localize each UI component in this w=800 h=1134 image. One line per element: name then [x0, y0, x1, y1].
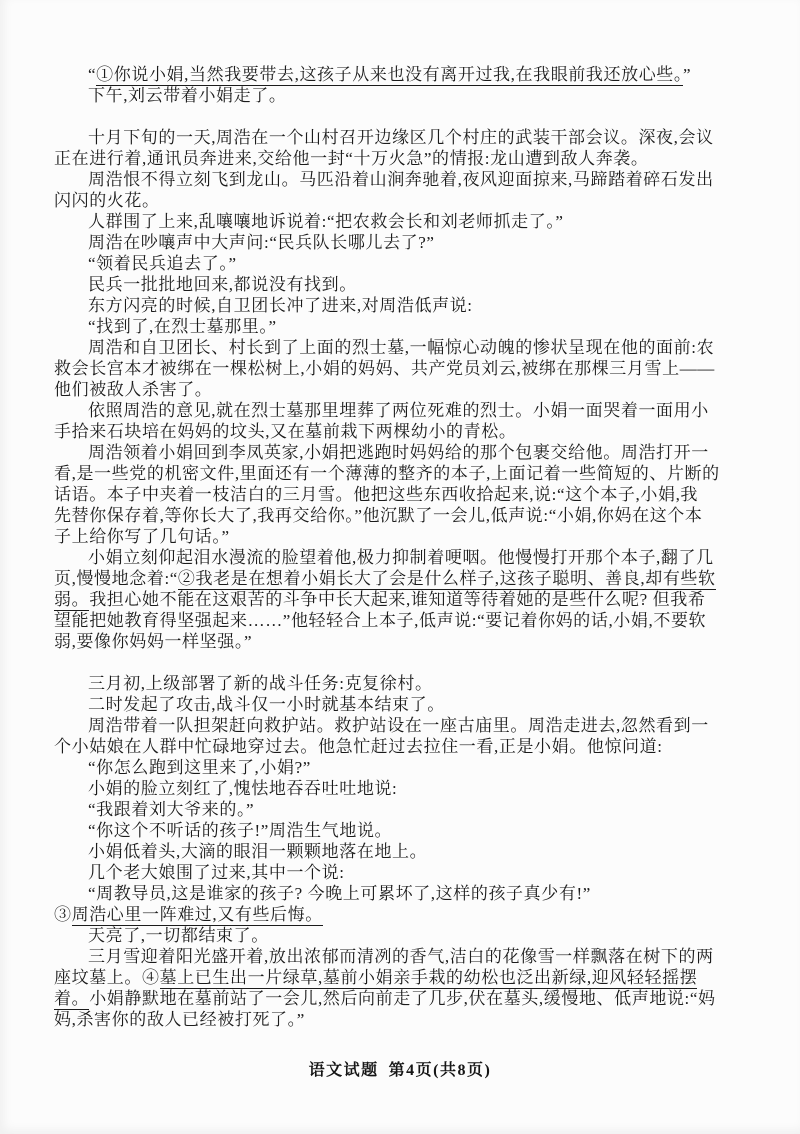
text-segment: 三月雪迎着阳光盛开着,放出浓郁而清冽的香气,洁白的花像雪一样飘落在树下的两	[88, 947, 714, 966]
underlined-text: 周浩心里一阵难过,又有些后悔。	[72, 905, 323, 926]
blank-line	[54, 652, 754, 673]
text-segment: “周教导员,这是谁家的孩子? 今晚上可累坏了,这样的孩子真少有!”	[88, 884, 591, 903]
text-segment: 闪闪的火花。	[54, 191, 160, 210]
text-segment: 周浩领着小娟回到李凤英家,小娟把逃跑时妈妈给的那个包裹交给他。周浩打开一	[88, 443, 709, 462]
footer-page-label: 第4页(共8页)	[389, 1062, 492, 1079]
passage-line: 依照周浩的意见,就在烈士墓那里埋葬了两位死难的烈士。小娟一面哭着一面用小	[54, 400, 754, 421]
passage-line: “找到了,在烈士墓那里。”	[54, 316, 754, 337]
passage-line: 十月下旬的一天,周浩在一个山村召开边缘区几个村庄的武装干部会议。深夜,会议	[54, 127, 754, 148]
passage-line: 妈,杀害你的敌人已经被打死了。”	[54, 1009, 754, 1030]
passage-line: 周浩和自卫团长、村长到了上面的烈士墓,一幅惊心动魄的惨状呈现在他的面前:农	[54, 337, 754, 358]
passage-line: “①你说小娟,当然我要带去,这孩子从来也没有离开过我,在我眼前我还放心些。”	[54, 64, 754, 85]
blank-line	[54, 106, 754, 127]
text-segment: “我跟着刘大爷来的。”	[88, 800, 254, 819]
passage-line: 望能把她教育得坚强起来……”他轻轻合上本子,低声说:“要记着你妈的话,小娟,不要…	[54, 610, 754, 631]
passage-line: 救会长宫本才被绑在一棵松树上,小娟的妈妈、共产党员刘云,被绑在那棵三月雪上——	[54, 358, 754, 379]
passage-line: 三月雪迎着阳光盛开着,放出浓郁而清冽的香气,洁白的花像雪一样飘落在树下的两	[54, 946, 754, 967]
text-segment: 三月初,上级部署了新的战斗任务:克复徐村。	[88, 674, 433, 693]
text-segment: “你这个不听话的孩子!”周浩生气地说。	[88, 821, 392, 840]
passage-line: 周浩在吵嚷声中大声问:“民兵队长哪儿去了?”	[54, 232, 754, 253]
text-segment: 周浩恨不得立刻飞到龙山。马匹沿着山涧奔驰着,夜风迎面掠来,马蹄踏着碎石发出	[88, 170, 714, 189]
passage-line: 话语。本子中夹着一枝洁白的三月雪。他把这些东西收拾起来,说:“这个本子,小娟,我	[54, 484, 754, 505]
passage-line: “我跟着刘大爷来的。”	[54, 799, 754, 820]
passage-line: 人群围了上来,乱嚷嚷地诉说着:“把农救会长和刘老师抓走了。”	[54, 211, 754, 232]
text-segment: 话语。本子中夹着一枝洁白的三月雪。他把这些东西收拾起来,说:“这个本子,小娟,我	[54, 485, 698, 504]
passage-line: 小娟低着头,大滴的眼泪一颗颗地落在地上。	[54, 841, 754, 862]
text-segment: 依照周浩的意见,就在烈士墓那里埋葬了两位死难的烈士。小娟一面哭着一面用小	[88, 401, 709, 420]
text-segment: 小娟静默地在墓前站了一会儿,然后向前走了几步,伏在墓头,缓慢地、低声地说:“妈	[89, 989, 715, 1008]
text-segment: 民兵一批批地回来,都说没有找到。	[88, 275, 357, 294]
passage-line: 个小姑娘在人群中忙碌地穿过去。他急忙赶过去拉住一看,正是小娟。他惊问道:	[54, 736, 754, 757]
text-segment: 望能把她教育得坚强起来……”他轻轻合上本子,低声说:“要记着你妈的话,小娟,不要…	[54, 611, 706, 630]
exam-page: “①你说小娟,当然我要带去,这孩子从来也没有离开过我,在我眼前我还放心些。”下午…	[0, 0, 800, 1134]
text-segment: 座坟墓上。④	[54, 968, 160, 987]
text-segment: 周浩在吵嚷声中大声问:“民兵队长哪儿去了?”	[88, 233, 435, 252]
passage-line: 页,慢慢地念着:“②我老是在想着小娟长大了会是什么样子,这孩子聪明、善良,却有些…	[54, 568, 754, 589]
text-segment: “你怎么跑到这里来了,小娟?”	[88, 758, 311, 777]
text-segment: 几个老大娘围了过来,其中一个说:	[88, 863, 345, 882]
passage-line: 小娟立刻仰起泪水漫流的脸望着他,极力抑制着哽咽。他慢慢打开那个本子,翻了几	[54, 547, 754, 568]
passage-line: 二时发起了攻击,战斗仅一小时就基本结束了。	[54, 694, 754, 715]
text-segment: 救会长宫本才被绑在一棵松树上,小娟的妈妈、共产党员刘云,被绑在那棵三月雪上——	[54, 359, 715, 378]
text-segment: 页,慢慢地念着:“	[54, 569, 178, 588]
passage-line: 周浩带着一队担架赶向救护站。救护站设在一座古庙里。周浩走进去,忽然看到一	[54, 715, 754, 736]
passage-line: “你怎么跑到这里来了,小娟?”	[54, 757, 754, 778]
passage-line: 天亮了,一切都结束了。	[54, 925, 754, 946]
passage-line: “你这个不听话的孩子!”周浩生气地说。	[54, 820, 754, 841]
text-segment: 我担心她不能在这艰苦的斗争中长大起来,谁知道等待着她的是些什么呢? 但我希	[89, 590, 705, 609]
passage-line: 小娟的脸立刻红了,愧怯地吞吞吐吐地说:	[54, 778, 754, 799]
underlined-text: 着。	[54, 989, 89, 1010]
text-segment: 先替你保存着,等你长大了,我再交给你。”他沉默了一会儿,低声说:“小娟,你妈在这…	[54, 506, 703, 525]
passage-line: 着。小娟静默地在墓前站了一会儿,然后向前走了几步,伏在墓头,缓慢地、低声地说:“…	[54, 988, 754, 1009]
text-segment: 周浩带着一队担架赶向救护站。救护站设在一座古庙里。周浩走进去,忽然看到一	[88, 716, 709, 735]
page-footer: 语文试题第4页(共8页)	[0, 1060, 800, 1082]
text-segment: “找到了,在烈士墓那里。”	[88, 317, 277, 336]
text-segment: 小娟的脸立刻红了,愧怯地吞吞吐吐地说:	[88, 779, 397, 798]
passage-line: 周浩领着小娟回到李凤英家,小娟把逃跑时妈妈给的那个包裹交给他。周浩打开一	[54, 442, 754, 463]
text-segment: 个小姑娘在人群中忙碌地穿过去。他急忙赶过去拉住一看,正是小娟。他惊问道:	[54, 737, 663, 756]
text-segment: 正在进行着,通讯员奔进来,交给他一封“十万火急”的情报:龙山遭到敌人奔袭。	[54, 149, 649, 168]
passage-line: 周浩恨不得立刻飞到龙山。马匹沿着山涧奔驰着,夜风迎面掠来,马蹄踏着碎石发出	[54, 169, 754, 190]
text-segment: 十月下旬的一天,周浩在一个山村召开边缘区几个村庄的武装干部会议。深夜,会议	[88, 128, 714, 147]
text-segment: 下午,刘云带着小娟走了。	[88, 86, 286, 105]
text-segment: 小娟立刻仰起泪水漫流的脸望着他,极力抑制着哽咽。他慢慢打开那个本子,翻了几	[88, 548, 714, 567]
text-segment: 周浩和自卫团长、村长到了上面的烈士墓,一幅惊心动魄的惨状呈现在他的面前:农	[88, 338, 714, 357]
text-segment: 他们被敌人杀害了。	[54, 380, 212, 399]
text-segment: “	[88, 65, 96, 84]
passage-line: 座坟墓上。④墓上已生出一片绿草,墓前小娟亲手栽的幼松也泛出新绿,迎风轻轻摇摆	[54, 967, 754, 988]
passage-line: 三月初,上级部署了新的战斗任务:克复徐村。	[54, 673, 754, 694]
text-segment: 看,是一些党的机密文件,里面还有一个薄薄的整齐的本子,上面记着一些简短的、片断的	[54, 464, 720, 483]
passage-line: 弱,要像你妈妈一样坚强。”	[54, 631, 754, 652]
text-segment: 手拾来石块培在妈妈的坟头,又在墓前栽下两棵幼小的青松。	[54, 422, 516, 441]
text-segment: 人群围了上来,乱嚷嚷地诉说着:“把农救会长和刘老师抓走了。”	[88, 212, 564, 231]
text-segment: “领着民兵追去了。”	[88, 254, 237, 273]
text-segment: 子上给你写了几句话。”	[54, 527, 230, 546]
passage-line: 弱。我担心她不能在这艰苦的斗争中长大起来,谁知道等待着她的是些什么呢? 但我希	[54, 589, 754, 610]
text-segment: ”	[683, 65, 691, 84]
passage-line: 手拾来石块培在妈妈的坟头,又在墓前栽下两棵幼小的青松。	[54, 421, 754, 442]
underlined-text: ②我老是在想着小娟长大了会是什么样子,这孩子聪明、善良,却有些软	[178, 569, 716, 590]
passage-line: 看,是一些党的机密文件,里面还有一个薄薄的整齐的本子,上面记着一些简短的、片断的	[54, 463, 754, 484]
passage-line: 子上给你写了几句话。”	[54, 526, 754, 547]
passage-line: 先替你保存着,等你长大了,我再交给你。”他沉默了一会儿,低声说:“小娟,你妈在这…	[54, 505, 754, 526]
text-segment: 天亮了,一切都结束了。	[88, 926, 269, 945]
passage-line: 正在进行着,通讯员奔进来,交给他一封“十万火急”的情报:龙山遭到敌人奔袭。	[54, 148, 754, 169]
underlined-text: ①你说小娟,当然我要带去,这孩子从来也没有离开过我,在我眼前我还放心些。	[96, 65, 683, 86]
passage-line: “领着民兵追去了。”	[54, 253, 754, 274]
underlined-text: 墓上已生出一片绿草,墓前小娟亲手栽的幼松也泛出新绿,迎风轻轻摇摆	[160, 968, 698, 989]
passage-line: 他们被敌人杀害了。	[54, 379, 754, 400]
text-segment: 东方闪亮的时候,自卫团长冲了进来,对周浩低声说:	[88, 296, 473, 315]
passage-line: 民兵一批批地回来,都说没有找到。	[54, 274, 754, 295]
passage-line: 几个老大娘围了过来,其中一个说:	[54, 862, 754, 883]
passage-line: ③周浩心里一阵难过,又有些后悔。	[54, 904, 754, 925]
text-segment: 弱,要像你妈妈一样坚强。”	[54, 632, 252, 651]
text-segment: 二时发起了攻击,战斗仅一小时就基本结束了。	[88, 695, 445, 714]
underlined-text: 弱。	[54, 590, 89, 611]
text-segment: ③	[54, 905, 72, 924]
passage-line: “周教导员,这是谁家的孩子? 今晚上可累坏了,这样的孩子真少有!”	[54, 883, 754, 904]
text-segment: 小娟低着头,大滴的眼泪一颗颗地落在地上。	[88, 842, 427, 861]
passage: “①你说小娟,当然我要带去,这孩子从来也没有离开过我,在我眼前我还放心些。”下午…	[54, 64, 754, 1030]
footer-doc-label: 语文试题	[309, 1062, 379, 1079]
text-segment: 妈,杀害你的敌人已经被打死了。”	[54, 1010, 305, 1029]
passage-line: 闪闪的火花。	[54, 190, 754, 211]
passage-line: 东方闪亮的时候,自卫团长冲了进来,对周浩低声说:	[54, 295, 754, 316]
passage-line: 下午,刘云带着小娟走了。	[54, 85, 754, 106]
